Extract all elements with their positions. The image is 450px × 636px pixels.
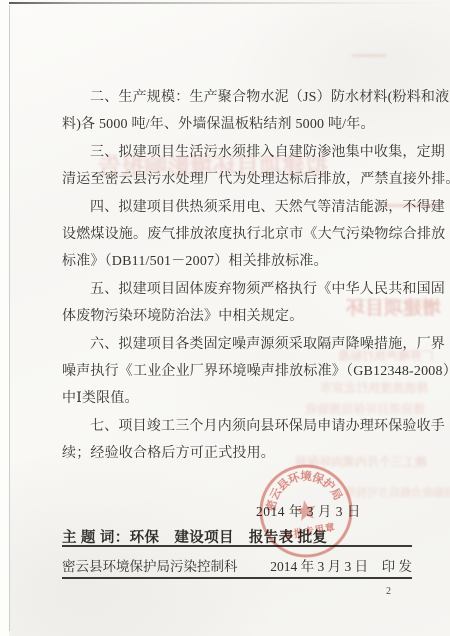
body-line: 五、拟建项目固体废弃物须严格执行《中华人民共和国固 xyxy=(62,276,414,303)
paper-left-edge xyxy=(9,5,10,631)
body-line: 体废物污染环境防治法》中相关规定。 xyxy=(62,303,414,330)
footer-underline xyxy=(62,577,412,579)
body-line: 七、项目竣工三个月内须向县环保局申请办理环保验收手 xyxy=(62,413,414,440)
body-text: 二、生产规模：生产聚合物水泥（JS）防水材料(粉料和液料)各 5000 吨/年、… xyxy=(62,84,414,467)
body-line: 噪声执行《工业企业厂界环境噪声排放标准》（GB12348-2008） xyxy=(62,358,414,385)
body-line: 设燃煤设施。废气排放浓度执行北京市《大气污染物综合排放 xyxy=(62,221,414,248)
bleed-smudge: 经验收合格后方可投用 xyxy=(345,488,450,499)
body-line: 料)各 5000 吨/年、外墙保温板粘结剂 5000 吨/年。 xyxy=(62,111,414,138)
scan-top-edge xyxy=(0,2,450,4)
body-line: 清运至密云县污水处理厂代为处理达标后排放，严禁直接外排。 xyxy=(62,166,414,193)
body-line: 四、拟建项目供热须采用电、天然气等清洁能源，不得建 xyxy=(62,194,414,221)
body-line: 二、生产规模：生产聚合物水泥（JS）防水材料(粉料和液 xyxy=(62,84,414,111)
official-stamp: 密云县环境保护局 审批专用章 ············· xyxy=(246,451,366,571)
stamp-arc-text: 密云县环境保护局 xyxy=(258,462,346,515)
scan-left-margin xyxy=(0,0,9,636)
body-line: 六、拟建项目各类固定噪声源须采取隔声降噪措施，厂界 xyxy=(62,331,414,358)
body-line: 中Ⅰ类限值。 xyxy=(62,385,414,412)
footer-row: 密云县环境保护局污染控制科 2014 年 3 月 3 日 印 发 xyxy=(62,555,412,575)
issuing-office: 密云县环境保护局污染控制科 xyxy=(62,555,238,575)
body-line: 标准》（DB11/501－2007）相关排放标准。 xyxy=(62,248,414,275)
body-line: 三、拟建项目生活污水须排入自建防渗池集中收集，定期 xyxy=(62,139,414,166)
page-number: 2 xyxy=(386,586,391,597)
body-line: 续；经验收合格后方可正式投用。 xyxy=(62,440,414,467)
scanned-document-page: 拟建项目环境影响报告增建项目环厂界噪声执行标准排放浓度执行北京市建设项目环保设施… xyxy=(0,0,450,636)
stamp-star-icon xyxy=(294,498,318,521)
bleed-smudge xyxy=(352,54,386,57)
